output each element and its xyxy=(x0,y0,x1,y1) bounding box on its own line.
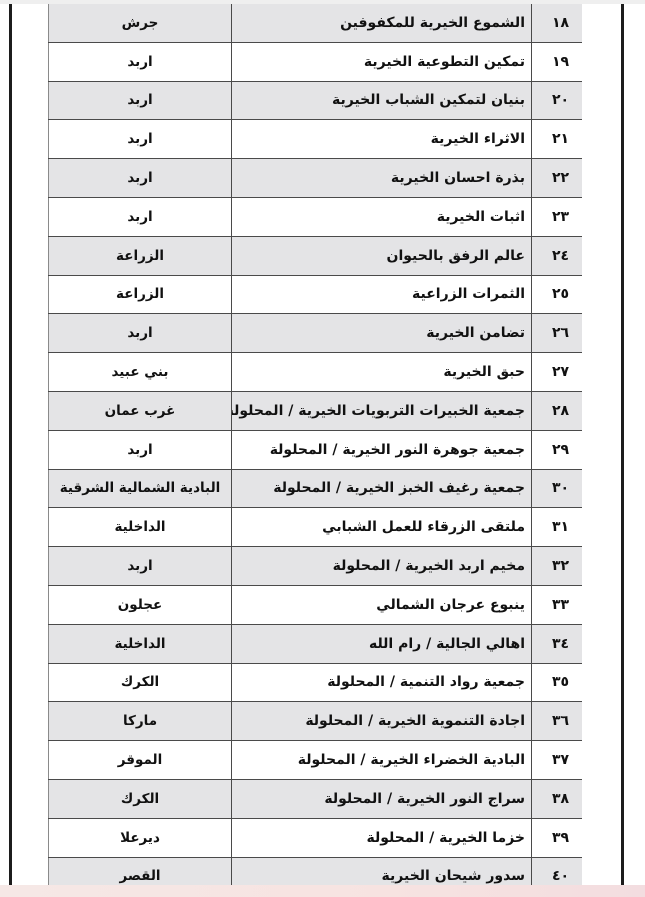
row-number: ٢١ xyxy=(532,120,583,159)
row-number: ٣٣ xyxy=(532,585,583,624)
table-row: ٣٦ اجادة التنموية الخيرية / المحلولة مار… xyxy=(49,702,583,741)
table-row: ٢٩ جمعية جوهرة النور الخيرية / المحلولة … xyxy=(49,430,583,469)
association-name: بنيان لتمكين الشباب الخيرية xyxy=(232,81,532,120)
row-number: ٣٢ xyxy=(532,547,583,586)
association-location: الزراعة xyxy=(49,275,232,314)
row-number: ١٩ xyxy=(532,42,583,81)
association-name: جمعية رواد التنمية / المحلولة xyxy=(232,663,532,702)
table-row: ٣٢ مخيم اربد الخيرية / المحلولة اربد xyxy=(49,547,583,586)
row-number: ٣٩ xyxy=(532,818,583,857)
row-number: ٢٥ xyxy=(532,275,583,314)
association-name: اجادة التنموية الخيرية / المحلولة xyxy=(232,702,532,741)
association-name: عالم الرفق بالحيوان xyxy=(232,236,532,275)
row-number: ٣٧ xyxy=(532,741,583,780)
association-name: اثبات الخيرية xyxy=(232,197,532,236)
association-location: عجلون xyxy=(49,585,232,624)
row-number: ٣٠ xyxy=(532,469,583,508)
association-location: البادية الشمالية الشرقية xyxy=(49,469,232,508)
page-frame-left-border xyxy=(9,4,12,885)
association-name: خزما الخيرية / المحلولة xyxy=(232,818,532,857)
association-name: جمعية رغيف الخبز الخيرية / المحلولة xyxy=(232,469,532,508)
association-location: غرب عمان xyxy=(49,391,232,430)
association-location: اربد xyxy=(49,197,232,236)
association-name: الشموع الخيرية للمكفوفين xyxy=(232,4,532,42)
association-name: ملتقى الزرقاء للعمل الشبابي xyxy=(232,508,532,547)
row-number: ٢٩ xyxy=(532,430,583,469)
association-location: اربد xyxy=(49,120,232,159)
table-row: ٢٥ الثمرات الزراعية الزراعة xyxy=(49,275,583,314)
table-row: ٣٠ جمعية رغيف الخبز الخيرية / المحلولة ا… xyxy=(49,469,583,508)
table-row: ٢٤ عالم الرفق بالحيوان الزراعة xyxy=(49,236,583,275)
association-name: الثمرات الزراعية xyxy=(232,275,532,314)
row-number: ٣٥ xyxy=(532,663,583,702)
table-row: ١٨ الشموع الخيرية للمكفوفين جرش xyxy=(49,4,583,42)
association-location: بني عبيد xyxy=(49,353,232,392)
row-number: ٢٢ xyxy=(532,159,583,198)
association-name: سراج النور الخيرية / المحلولة xyxy=(232,779,532,818)
association-location: ماركا xyxy=(49,702,232,741)
association-location: الداخلية xyxy=(49,624,232,663)
association-name: البادية الخضراء الخيرية / المحلولة xyxy=(232,741,532,780)
association-location: اربد xyxy=(49,314,232,353)
table-row: ٣١ ملتقى الزرقاء للعمل الشبابي الداخلية xyxy=(49,508,583,547)
page-frame-right-border xyxy=(621,4,624,885)
association-name: الاثراء الخيرية xyxy=(232,120,532,159)
table-row: ٣٧ البادية الخضراء الخيرية / المحلولة ال… xyxy=(49,741,583,780)
row-number: ٢٨ xyxy=(532,391,583,430)
association-location: القصر xyxy=(49,857,232,885)
table-row: ١٩ تمكين التطوعية الخيرية اربد xyxy=(49,42,583,81)
association-location: الموقر xyxy=(49,741,232,780)
association-location: اربد xyxy=(49,430,232,469)
association-name: مخيم اربد الخيرية / المحلولة xyxy=(232,547,532,586)
association-location: جرش xyxy=(49,4,232,42)
association-name: جمعية جوهرة النور الخيرية / المحلولة xyxy=(232,430,532,469)
row-number: ٣١ xyxy=(532,508,583,547)
association-location: الكرك xyxy=(49,663,232,702)
table-row: ٢٣ اثبات الخيرية اربد xyxy=(49,197,583,236)
table-row: ٢٢ بذرة احسان الخيرية اربد xyxy=(49,159,583,198)
table-body: ١٨ الشموع الخيرية للمكفوفين جرش ١٩ تمكين… xyxy=(49,4,583,885)
association-name: ينبوع عرجان الشمالي xyxy=(232,585,532,624)
association-name: اهالي الجالية / رام الله xyxy=(232,624,532,663)
association-name: جمعية الخبيرات التربويات الخيرية / المحل… xyxy=(232,391,532,430)
row-number: ٢٤ xyxy=(532,236,583,275)
row-number: ٢٠ xyxy=(532,81,583,120)
table-row: ٢٨ جمعية الخبيرات التربويات الخيرية / ال… xyxy=(49,391,583,430)
table-row: ٢٠ بنيان لتمكين الشباب الخيرية اربد xyxy=(49,81,583,120)
association-location: اربد xyxy=(49,159,232,198)
table-row: ٢٦ تضامن الخيرية اربد xyxy=(49,314,583,353)
association-name: بذرة احسان الخيرية xyxy=(232,159,532,198)
table-row: ٣٥ جمعية رواد التنمية / المحلولة الكرك xyxy=(49,663,583,702)
table-row: ٣٤ اهالي الجالية / رام الله الداخلية xyxy=(49,624,583,663)
row-number: ٢٣ xyxy=(532,197,583,236)
association-location: ديرعلا xyxy=(49,818,232,857)
association-name: حبق الخيرية xyxy=(232,353,532,392)
row-number: ٣٦ xyxy=(532,702,583,741)
association-name: تضامن الخيرية xyxy=(232,314,532,353)
association-name: سدور شيحان الخيرية xyxy=(232,857,532,885)
table-row: ٢٧ حبق الخيرية بني عبيد xyxy=(49,353,583,392)
row-number: ٣٤ xyxy=(532,624,583,663)
association-location: الكرك xyxy=(49,779,232,818)
row-number: ٣٨ xyxy=(532,779,583,818)
association-location: الزراعة xyxy=(49,236,232,275)
table-row: ٣٣ ينبوع عرجان الشمالي عجلون xyxy=(49,585,583,624)
table-row: ٣٩ خزما الخيرية / المحلولة ديرعلا xyxy=(49,818,583,857)
row-number: ١٨ xyxy=(532,4,583,42)
table-row: ٤٠ سدور شيحان الخيرية القصر xyxy=(49,857,583,885)
table-row: ٢١ الاثراء الخيرية اربد xyxy=(49,120,583,159)
association-location: اربد xyxy=(49,547,232,586)
association-location: اربد xyxy=(49,81,232,120)
association-location: اربد xyxy=(49,42,232,81)
association-location: الداخلية xyxy=(49,508,232,547)
row-number: ٤٠ xyxy=(532,857,583,885)
associations-table-container: ١٨ الشموع الخيرية للمكفوفين جرش ١٩ تمكين… xyxy=(48,4,582,885)
table-row: ٣٨ سراج النور الخيرية / المحلولة الكرك xyxy=(49,779,583,818)
association-name: تمكين التطوعية الخيرية xyxy=(232,42,532,81)
associations-table: ١٨ الشموع الخيرية للمكفوفين جرش ١٩ تمكين… xyxy=(48,4,582,885)
row-number: ٢٦ xyxy=(532,314,583,353)
row-number: ٢٧ xyxy=(532,353,583,392)
bottom-overlay-band xyxy=(0,885,645,897)
